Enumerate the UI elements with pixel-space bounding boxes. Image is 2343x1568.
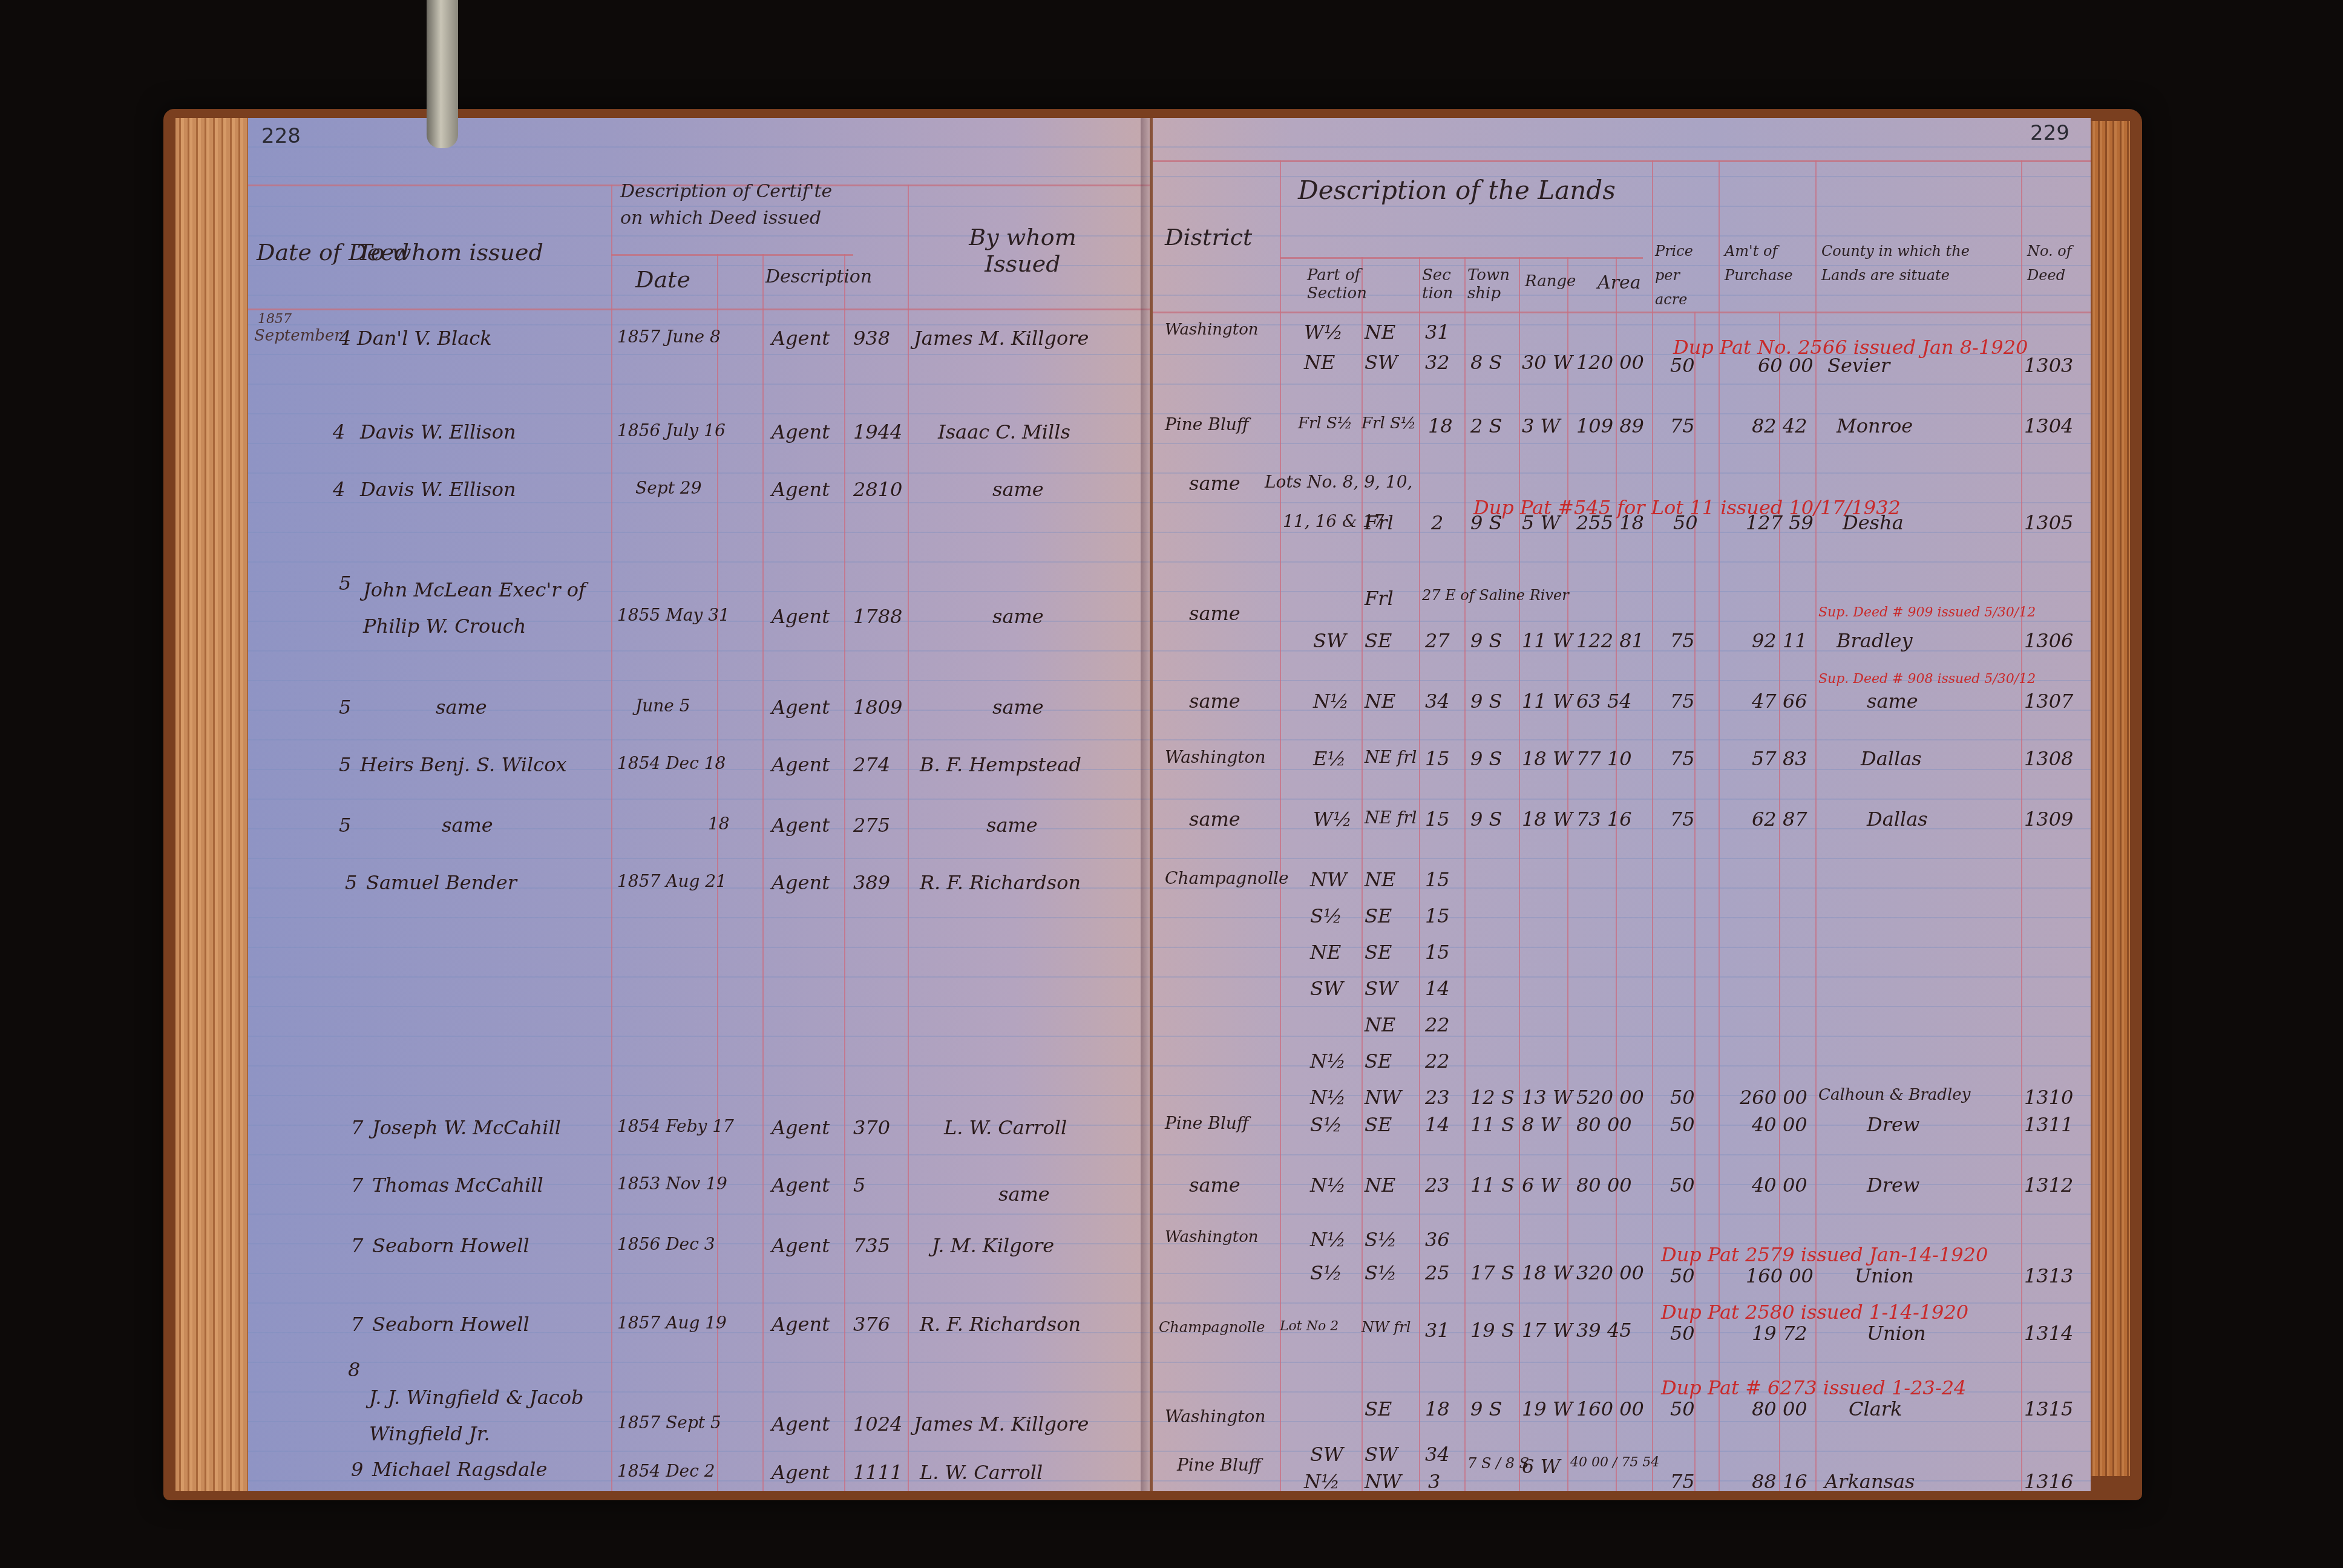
entry-township: 2 S [1470,414,1502,437]
entry-day: 4 [339,327,351,350]
entry-district: Washington [1165,1406,1266,1426]
right-page-number: 229 [2030,121,2069,145]
page-edges-right [2088,121,2130,1476]
entry-cert-desc: Agent [772,814,830,837]
entry-amount: 127 59 [1746,511,1814,534]
entry-cert-no: 1809 [853,696,902,719]
header-price-per-acre: Price per acre [1655,239,1715,312]
entry-district: Pine Bluff [1165,414,1249,434]
entry-section: 15 [1425,904,1450,927]
entry-county: Sevier [1827,354,1890,377]
entry-section: 15 [1425,747,1450,770]
entry-amount: 88 16 [1752,1470,1807,1491]
entry-part: Lots No. 8, 9, 10, [1265,472,1412,492]
entry-township: 8 S [1470,351,1502,374]
entry-range: 30 W [1522,351,1573,374]
entry-part: SW [1310,1443,1343,1466]
col-rule [1419,257,1420,1491]
entry-area: 255 18 [1576,511,1644,534]
entry-amount: 47 66 [1752,690,1807,713]
entry-cert-desc: Agent [772,1174,830,1197]
entry-quarter: SE [1365,629,1392,652]
col-rule [1519,257,1520,1491]
entry-issued-by: L. W. Carroll [920,1461,1043,1484]
entry-part: S½ [1310,1113,1342,1136]
entry-cert-desc: Agent [772,478,830,501]
entry-township: 9 S [1470,747,1502,770]
header-cert-description: Description [765,266,872,287]
entry-range: 18 W [1522,747,1573,770]
header-area: Area [1597,272,1641,293]
col-rule [908,185,909,1491]
entry-district: Washington [1165,747,1266,767]
entry-name: Davis W. Ellison [360,420,516,443]
entry-part: Frl S½ [1298,414,1352,433]
entry-name: Joseph W. McCahill [372,1116,561,1139]
entry-township: 9 S [1470,690,1502,713]
entry-cert-no: 1111 [853,1461,902,1484]
entry-part: NW [1310,868,1347,891]
entry-issued-by: same [992,605,1044,628]
entry-quarter: Frl [1365,511,1394,534]
entry-range: 11 W [1522,690,1573,713]
entry-section: 14 [1425,977,1450,1000]
entry-county: Clark [1849,1397,1902,1420]
entry-cert-date: 1856 July 16 [617,420,726,440]
entry-name: Dan'l V. Black [357,327,492,350]
header-part-of-section: Part of Section [1307,266,1362,302]
entry-issued-by: Isaac C. Mills [938,420,1070,443]
entry-quarter: NE frl [1365,747,1417,767]
entry-deed-no: 1311 [2024,1113,2073,1136]
entry-district: Champagnolle [1159,1319,1265,1336]
left-page: 228 Date of Deed To whom issued Descript… [248,118,1150,1491]
entry-cert-no: 2810 [853,478,902,501]
entry-day: 4 [333,420,345,443]
entry-quarter: SE [1365,904,1392,927]
entry-part: NE [1310,941,1341,964]
entry-township: 11 S [1470,1174,1515,1197]
entry-name: Seaborn Howell [372,1313,529,1336]
entry-section: 2 [1431,511,1443,534]
entry-amount: 80 00 [1752,1397,1807,1420]
entry-price: 50 [1670,1322,1695,1345]
entry-section: 15 [1425,941,1450,964]
entry-cert-no: 735 [853,1234,890,1257]
entry-amount: 92 11 [1752,629,1807,652]
col-rule [1280,160,1281,1491]
entry-area: 120 00 [1576,351,1644,374]
entry-area: 160 00 [1576,1397,1644,1420]
entry-cert-no: 274 [853,753,890,776]
ruled-lines [1153,118,2091,1491]
entry-day: 7 [351,1234,363,1257]
entry-section: 18 [1425,1397,1450,1420]
entry-district: Washington [1165,321,1259,339]
header-top-rule [1153,160,2091,162]
entry-amount: 160 00 [1746,1264,1814,1287]
entry-district: same [1189,1174,1240,1197]
header-cert-date: Date [635,266,690,293]
entry-section: 34 [1425,690,1450,713]
entry-quarter: SE [1365,1050,1392,1073]
entry-part: NE [1304,351,1335,374]
entry-county: Bradley [1837,629,1913,652]
entry-part: W½ [1304,321,1343,344]
entry-amount: 57 83 [1752,747,1807,770]
entry-cert-desc: Agent [772,753,830,776]
entry-part: W½ [1313,808,1352,831]
entry-price: 75 [1670,690,1695,713]
col-rule [1567,257,1568,1491]
entry-quarter: S½ [1365,1261,1397,1284]
entry-county: Dallas [1861,747,1922,770]
col-rule [1652,160,1653,1491]
entry-township: 19 S [1470,1319,1515,1342]
entry-district: Pine Bluff [1165,1113,1249,1133]
entry-quarter: NE [1365,868,1395,891]
entry-cert-date: 1856 Dec 3 [617,1234,715,1254]
entry-quarter: Frl S½ [1362,414,1416,433]
entry-quarter: NW [1365,1470,1401,1491]
entry-deed-no: 1303 [2024,354,2073,377]
entry-county: Dallas [1867,808,1928,831]
entry-day: 5 [339,814,351,837]
entry-part: N½ [1310,1050,1346,1073]
entry-cert-no: 1944 [853,420,902,443]
entry-district: same [1189,602,1240,625]
entry-section: 27 E of Saline River [1422,587,1569,604]
red-annotation: Sup. Deed # 909 issued 5/30/12 [1818,605,2036,620]
entry-quarter: NE [1365,321,1395,344]
entry-quarter: S½ [1365,1228,1397,1251]
entry-range: 18 W [1522,808,1573,831]
entry-name: Thomas McCahill [372,1174,543,1197]
col-rule [2021,160,2022,1491]
entry-issued-by: same [992,696,1044,719]
entry-quarter: NW frl [1362,1319,1411,1336]
entry-day: 4 [333,478,345,501]
entry-deed-no: 1313 [2024,1264,2073,1287]
entry-township: 12 S [1470,1086,1515,1109]
entry-cert-desc: Agent [772,871,830,894]
page-edges-left [175,118,254,1491]
entry-area: 122 81 [1576,629,1644,652]
entry-area: 80 00 [1576,1174,1632,1197]
entry-issued-by: J. M. Kilgore [932,1234,1054,1257]
entry-name: same [442,814,493,837]
entry-section: 22 [1425,1050,1450,1073]
header-section: Sec tion [1422,266,1458,302]
entry-range: 18 W [1522,1261,1573,1284]
entry-quarter: SW [1365,351,1398,374]
entry-deed-no: 1304 [2024,414,2073,437]
entry-price: 50 [1670,1113,1695,1136]
entry-section: 15 [1425,808,1450,831]
entry-section: 31 [1425,321,1450,344]
entry-issued-by: same [998,1183,1050,1206]
entry-cert-no: 275 [853,814,890,837]
red-annotation: Dup Pat # 6273 issued 1-23-24 [1661,1376,1966,1399]
header-bottom-rule [248,309,1150,310]
year-marker: 1857 [258,312,292,327]
entry-county: Monroe [1837,414,1913,437]
entry-amount: 40 00 [1752,1174,1807,1197]
entry-issued-by: B. F. Hempstead [920,753,1081,776]
entry-price: 75 [1670,1470,1695,1491]
header-sub-rule [1280,257,1643,259]
entry-part: S½ [1310,904,1342,927]
entry-county: Union [1855,1264,1914,1287]
entry-area: 109 89 [1576,414,1644,437]
entry-name: Davis W. Ellison [360,478,516,501]
entry-section: 27 [1425,629,1450,652]
entry-area: 40 00 / 75 54 [1570,1455,1659,1470]
entry-range: 19 W [1522,1397,1573,1420]
entry-county: Drew [1867,1113,1919,1136]
entry-range: 5 W [1522,511,1560,534]
entry-cert-no: 376 [853,1313,890,1336]
entry-cert-desc: Agent [772,605,830,628]
entry-cert-desc: Agent [772,1413,830,1436]
entry-price: 75 [1670,747,1695,770]
entry-township: 9 S [1470,511,1502,534]
red-annotation: Dup Pat 2580 issued 1-14-1920 [1661,1301,1968,1324]
entry-price: 50 [1670,1264,1695,1287]
entry-cert-date: 1854 Feby 17 [617,1116,734,1136]
entry-deed-no: 1309 [2024,808,2073,831]
entry-amount: 19 72 [1752,1322,1807,1345]
entry-part: N½ [1313,690,1349,713]
entry-day: 5 [345,871,357,894]
entry-issued-by: L. W. Carroll [944,1116,1067,1139]
entry-price: 75 [1670,629,1695,652]
entry-district: same [1189,472,1240,495]
col-rule [1362,257,1363,1491]
entry-township: 9 S [1470,1397,1502,1420]
entry-range: 11 W [1522,629,1573,652]
entry-amount: 260 00 [1740,1086,1807,1109]
entry-issued-by: R. F. Richardson [920,1313,1081,1336]
entry-range: 3 W [1522,414,1560,437]
entry-area: 73 16 [1576,808,1632,831]
entry-deed-no: 1306 [2024,629,2073,652]
entry-deed-no: 1312 [2024,1174,2073,1197]
col-rule [611,185,612,1491]
entry-issued-by: James M. Killgore [914,327,1089,350]
col-rule [1815,160,1817,1491]
entry-quarter: SW [1365,1443,1398,1466]
entry-range: 6 W [1522,1174,1560,1197]
entry-section: 32 [1425,351,1450,374]
entry-area: 77 10 [1576,747,1632,770]
entry-day: 7 [351,1116,363,1139]
entry-cert-date: 1857 Sept 5 [617,1413,721,1432]
entry-part: N½ [1310,1174,1346,1197]
entry-cert-desc: Agent [772,1116,830,1139]
entry-section: 36 [1425,1228,1450,1251]
entry-cert-desc: Agent [772,420,830,443]
entry-section: 3 [1428,1470,1440,1491]
entry-quarter: Frl [1365,587,1394,610]
entry-deed-no: 1307 [2024,690,2073,713]
entry-part: N½ [1310,1086,1346,1109]
right-page: 229 Description of the Lands District Pa… [1153,118,2091,1491]
entry-cert-date: Sept 29 [635,478,701,498]
entry-district: Washington [1165,1228,1259,1246]
entry-section: 15 [1425,868,1450,891]
entry-part: N½ [1304,1470,1340,1491]
entry-price: 50 [1670,1086,1695,1109]
col-rule [1719,160,1720,1491]
entry-day: 7 [351,1313,363,1336]
entry-quarter: SW [1365,977,1398,1000]
entry-county: Drew [1867,1174,1919,1197]
entry-section: 18 [1428,414,1453,437]
entry-name: J. J. Wingfield & Jacob Wingfield Jr. [369,1379,611,1452]
entry-county: Union [1867,1322,1926,1345]
entry-issued-by: R. F. Richardson [920,871,1081,894]
entry-day: 5 [339,753,351,776]
entry-cert-date: 1857 Aug 21 [617,871,727,891]
entry-day: 5 [339,696,351,719]
entry-section: 31 [1425,1319,1450,1342]
entry-quarter: NE [1365,1174,1395,1197]
entry-name: John McLean Exec'r of Philip W. Crouch [363,572,605,644]
entry-district: same [1189,808,1240,831]
entry-district: Champagnolle [1165,868,1289,888]
entry-amount: 82 42 [1752,414,1807,437]
entry-deed-no: 1308 [2024,747,2073,770]
col-rule [762,254,764,1491]
entry-section: 23 [1425,1086,1450,1109]
entry-area: 320 00 [1576,1261,1644,1284]
entry-amount: 40 00 [1752,1113,1807,1136]
entry-section: 22 [1425,1013,1450,1036]
entry-cert-date: June 5 [635,696,690,716]
entry-section: 25 [1425,1261,1450,1284]
month-marker: September [254,327,342,345]
entry-issued-by: same [992,478,1044,501]
ruled-lines [248,118,1150,1491]
entry-section: 14 [1425,1113,1450,1136]
header-amount-of-purchase: Am't of Purchase [1725,239,1803,287]
entry-cert-desc: Agent [772,696,830,719]
entry-quarter: SE [1365,941,1392,964]
metal-page-clip [427,0,458,148]
entry-part: N½ [1310,1228,1346,1251]
entry-area: 63 54 [1576,690,1632,713]
entry-price: 50 [1670,354,1695,377]
header-certificate-group: Description of Certif'te on which Deed i… [620,178,850,232]
entry-district: Pine Bluff [1177,1455,1261,1475]
entry-quarter: NE [1365,690,1395,713]
entry-day: 7 [351,1174,363,1197]
entry-quarter: SE [1365,1397,1392,1420]
header-sub-rule [611,254,853,256]
entry-cert-date: 18 [708,814,730,834]
entry-part: S½ [1310,1261,1342,1284]
entry-part: SW [1313,629,1346,652]
entry-price: 50 [1673,511,1698,534]
entry-cert-desc: Agent [772,1461,830,1484]
col-rule [1464,257,1466,1491]
entry-cert-date: 1854 Dec 18 [617,753,726,773]
entry-cert-date: 1857 June 8 [617,327,721,347]
entry-name: Michael Ragsdale [372,1458,548,1481]
header-bottom-rule [1153,312,2091,313]
header-by-whom-issued: By whom Issued [932,224,1113,277]
entry-township: 11 S [1470,1113,1515,1136]
entry-county: Calhoun & Bradley [1818,1086,1970,1104]
entry-range: 17 W [1522,1319,1573,1342]
entry-cert-date: 1857 Aug 19 [617,1313,727,1333]
entry-day: 9 [351,1458,363,1481]
entry-section: 34 [1425,1443,1450,1466]
entry-cert-no: 1788 [853,605,902,628]
entry-cert-desc: Agent [772,1313,830,1336]
header-district: District [1165,224,1252,250]
entry-issued-by: James M. Killgore [914,1413,1089,1436]
entry-range: 6 W [1522,1455,1560,1478]
entry-day: 8 [348,1358,360,1381]
entry-range: 13 W [1522,1086,1573,1109]
entry-county: Desha [1843,511,1904,534]
red-annotation: Sup. Deed # 908 issued 5/30/12 [1818,671,2036,687]
entry-quarter: NE frl [1365,808,1417,828]
header-county: County in which the Lands are situate [1821,239,2015,287]
entry-deed-no: 1315 [2024,1397,2073,1420]
entry-deed-no: 1314 [2024,1322,2073,1345]
entry-county: same [1867,690,1918,713]
entry-district: same [1189,690,1240,713]
header-lands-group: Description of the Lands [1298,175,1616,205]
entry-day: 5 [339,572,351,595]
entry-section: 23 [1425,1174,1450,1197]
entry-cert-no: 5 [853,1174,865,1197]
entry-price: 50 [1670,1397,1695,1420]
red-annotation: Dup Pat 2579 issued Jan-14-1920 [1661,1243,1988,1266]
entry-cert-no: 370 [853,1116,890,1139]
entry-name: same [436,696,487,719]
entry-cert-no: 1024 [853,1413,902,1436]
entry-amount: 62 87 [1752,808,1807,831]
entry-deed-no: 1305 [2024,511,2073,534]
entry-township: 7 S / 8 S [1467,1455,1529,1472]
entry-part: Lot No 2 [1280,1319,1339,1334]
header-township: Town ship [1467,266,1510,302]
col-rule [1616,257,1617,1491]
entry-quarter: NW [1365,1086,1401,1109]
entry-part: SW [1310,977,1343,1000]
entry-price: 75 [1670,808,1695,831]
entry-township: 17 S [1470,1261,1515,1284]
entry-deed-no: 1316 [2024,1470,2073,1491]
entry-township: 9 S [1470,629,1502,652]
entry-county: Arkansas [1824,1470,1915,1491]
entry-area: 39 45 [1576,1319,1632,1342]
entry-area: 80 00 [1576,1113,1632,1136]
entry-quarter: NE [1365,1013,1395,1036]
entry-name: Samuel Bender [366,871,517,894]
header-to-whom-issued: To whom issued [357,239,543,266]
entry-deed-no: 1310 [2024,1086,2073,1109]
entry-issued-by: same [986,814,1038,837]
entry-cert-no: 389 [853,871,890,894]
entry-cert-date: 1855 May 31 [617,605,730,625]
entry-area: 520 00 [1576,1086,1644,1109]
entry-range: 8 W [1522,1113,1560,1136]
